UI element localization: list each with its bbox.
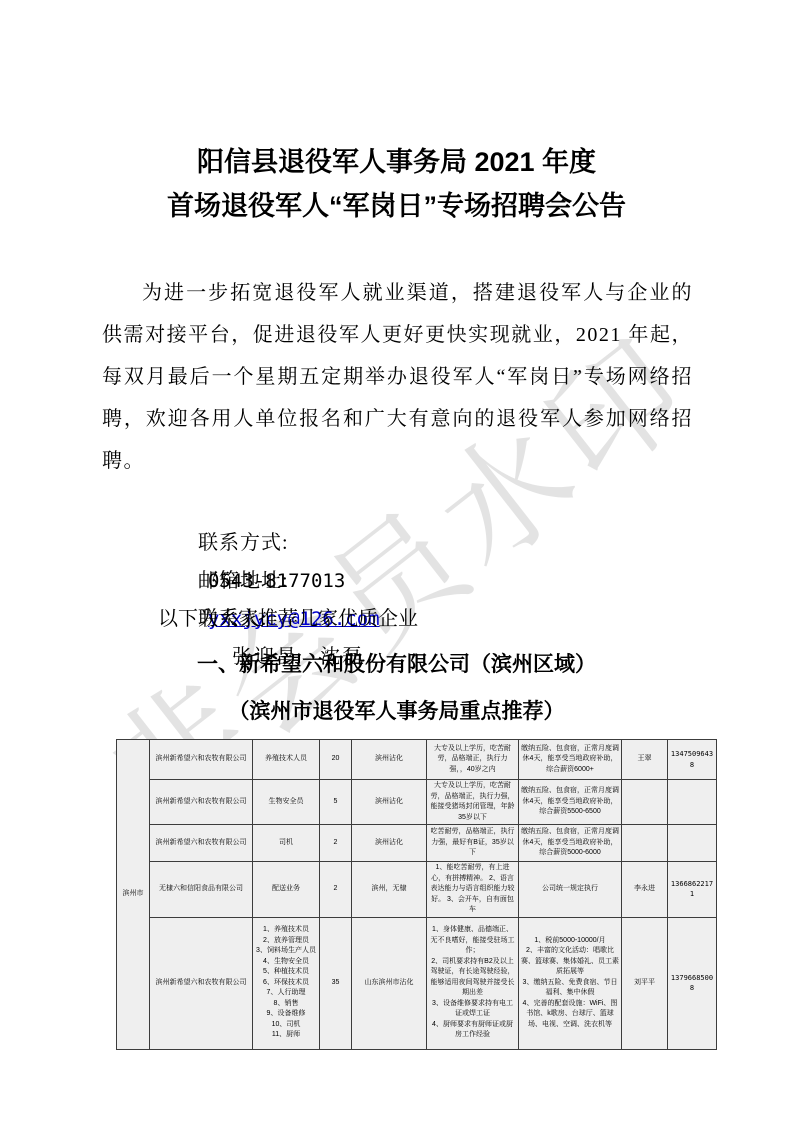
region-cell: 滨州市 <box>117 740 150 1050</box>
position-cell: 1、养殖技术员 2、放养管理员 3、饲料场生产人员 4、生物安全员 5、种植技术… <box>253 917 320 1049</box>
phone-cell: 13796685008 <box>668 917 717 1049</box>
table-row: 滨州新希望六和农牧有限公司 生物安全员 5 滨州沾化 大专及以上学历，吃苦耐劳，… <box>117 780 717 825</box>
contact-block: 联系方式: 0543-8177013 邮箱地址: yxxjycy@126.com… <box>0 486 793 638</box>
count-cell: 20 <box>320 740 352 780</box>
contact-name-cell: 刘平平 <box>622 917 668 1049</box>
count-cell: 5 <box>320 780 352 825</box>
count-cell: 35 <box>320 917 352 1049</box>
count-cell: 2 <box>320 825 352 862</box>
requirements-cell: 大专及以上学历，吃苦耐劳，品格端正，执行力强，，40岁之内 <box>427 740 519 780</box>
phone-cell <box>668 780 717 825</box>
document-title: 阳信县退役军人事务局 2021 年度 首场退役军人“军岗日”专场招聘会公告 <box>40 140 753 228</box>
location-cell: 滨州沾化 <box>352 740 427 780</box>
company-cell: 无棣六和信阳食品有限公司 <box>150 862 253 918</box>
requirements-cell: 1、能吃苦耐劳，有上进心，有拼搏精神。 2、语言表达能力与语言组织能力较好。 3… <box>427 862 519 918</box>
jobs-table: 滨州市 滨州新希望六和农牧有限公司 养殖技术人员 20 滨州沾化 大专及以上学历… <box>116 739 717 1050</box>
contact-name-cell <box>622 780 668 825</box>
contact-name-cell <box>622 825 668 862</box>
table-row: 滨州市 滨州新希望六和农牧有限公司 养殖技术人员 20 滨州沾化 大专及以上学历… <box>117 740 717 780</box>
table-row: 滨州新希望六和农牧有限公司 1、养殖技术员 2、放养管理员 3、饲料场生产人员 … <box>117 917 717 1049</box>
position-cell: 司机 <box>253 825 320 862</box>
table-row: 无棣六和信阳食品有限公司 配送业务 2 滨州，无棣 1、能吃苦耐劳，有上进心，有… <box>117 862 717 918</box>
document-page: 非会员水印 阳信县退役军人事务局 2021 年度 首场退役军人“军岗日”专场招聘… <box>0 0 793 1122</box>
location-cell: 滨州沾化 <box>352 825 427 862</box>
company-cell: 滨州新希望六和农牧有限公司 <box>150 740 253 780</box>
welfare-cell: 缴纳五险、包食宿，正常月度调休4天，能享受当地政府补助，综合薪资6000+ <box>519 740 622 780</box>
requirements-cell: 1、身体健康、品德端正、无不良嗜好，能接受驻场工作； 2、司机要求持有B2及以上… <box>427 917 519 1049</box>
welfare-cell: 缴纳五险、包食宿，正常月度调休4天，能享受当地政府补助，综合薪资5500-650… <box>519 780 622 825</box>
title-line-2: 首场退役军人“军岗日”专场招聘会公告 <box>40 184 753 228</box>
phone-cell: 13475096438 <box>668 740 717 780</box>
contact-name-cell: 王翠 <box>622 740 668 780</box>
intro-paragraph: 为进一步拓宽退役军人就业渠道，搭建退役军人与企业的供需对接平台，促进退役军人更好… <box>102 272 693 482</box>
contact-phone-line: 联系方式: 0543-8177013 <box>158 486 793 524</box>
requirements-cell: 吃苦耐劳，品格端正，执行力强，最好有B证，35岁以下 <box>427 825 519 862</box>
location-cell: 滨州沾化 <box>352 780 427 825</box>
section-heading: 一、新希望六和股份有限公司（滨州区域） <box>0 650 793 680</box>
company-cell: 滨州新希望六和农牧有限公司 <box>150 917 253 1049</box>
document-content: 阳信县退役军人事务局 2021 年度 首场退役军人“军岗日”专场招聘会公告 为进… <box>0 140 793 1050</box>
position-cell: 配送业务 <box>253 862 320 918</box>
company-cell: 滨州新希望六和农牧有限公司 <box>150 825 253 862</box>
count-cell: 2 <box>320 862 352 918</box>
location-cell: 山东滨州市沾化 <box>352 917 427 1049</box>
title-line-1: 阳信县退役军人事务局 2021 年度 <box>40 140 753 184</box>
company-cell: 滨州新希望六和农牧有限公司 <box>150 780 253 825</box>
requirements-cell: 大专及以上学历，吃苦耐劳，品格端正，执行力强，能接受猪场封闭管理，年龄35岁以下 <box>427 780 519 825</box>
table-row: 滨州新希望六和农牧有限公司 司机 2 滨州沾化 吃苦耐劳，品格端正，执行力强，最… <box>117 825 717 862</box>
contact-phone-label: 联系方式: <box>198 532 289 554</box>
welfare-cell: 1、税前5000-10000/月 2、丰富的文化活动：唱歌比赛、篮球赛、集体婚礼… <box>519 917 622 1049</box>
section-subheading: （滨州市退役军人事务局重点推荐） <box>0 697 793 727</box>
phone-cell <box>668 825 717 862</box>
position-cell: 生物安全员 <box>253 780 320 825</box>
contact-name-cell: 李永进 <box>622 862 668 918</box>
recommend-note: 以下为大家推荐几家优质企业 <box>158 600 793 638</box>
position-cell: 养殖技术人员 <box>253 740 320 780</box>
contact-email-label: 邮箱地址: <box>198 570 289 592</box>
location-cell: 滨州，无棣 <box>352 862 427 918</box>
welfare-cell: 公司统一规定执行 <box>519 862 622 918</box>
phone-cell: 13668622171 <box>668 862 717 918</box>
welfare-cell: 缴纳五险、包食宿，正常月度调休4天，能享受当地政府补助，综合薪资5000-600… <box>519 825 622 862</box>
